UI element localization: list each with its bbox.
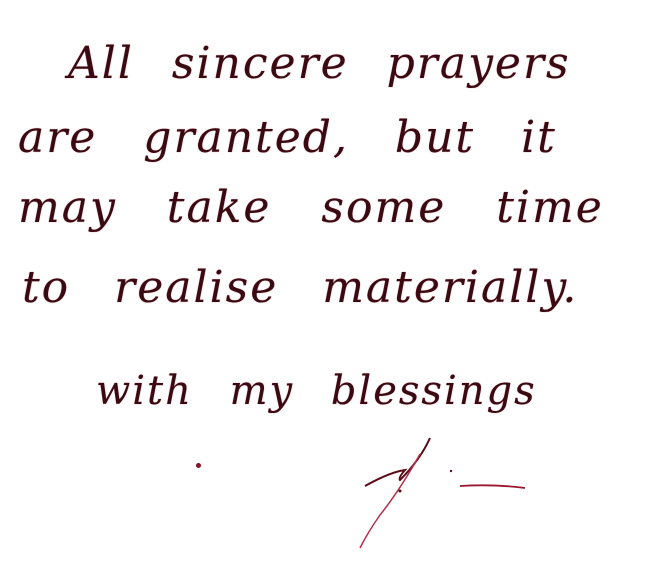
- ink-dot: [196, 463, 201, 468]
- handwritten-note: All sincere prayers are granted, but it …: [0, 0, 656, 572]
- note-line-3: may take some time: [18, 182, 604, 233]
- signature-icon: [280, 420, 560, 550]
- note-line-1: All sincere prayers: [68, 38, 571, 89]
- note-line-2: are granted, but it: [18, 112, 557, 163]
- closing-line: with my blessings: [96, 368, 537, 414]
- note-line-4: to realise materially.: [22, 262, 578, 313]
